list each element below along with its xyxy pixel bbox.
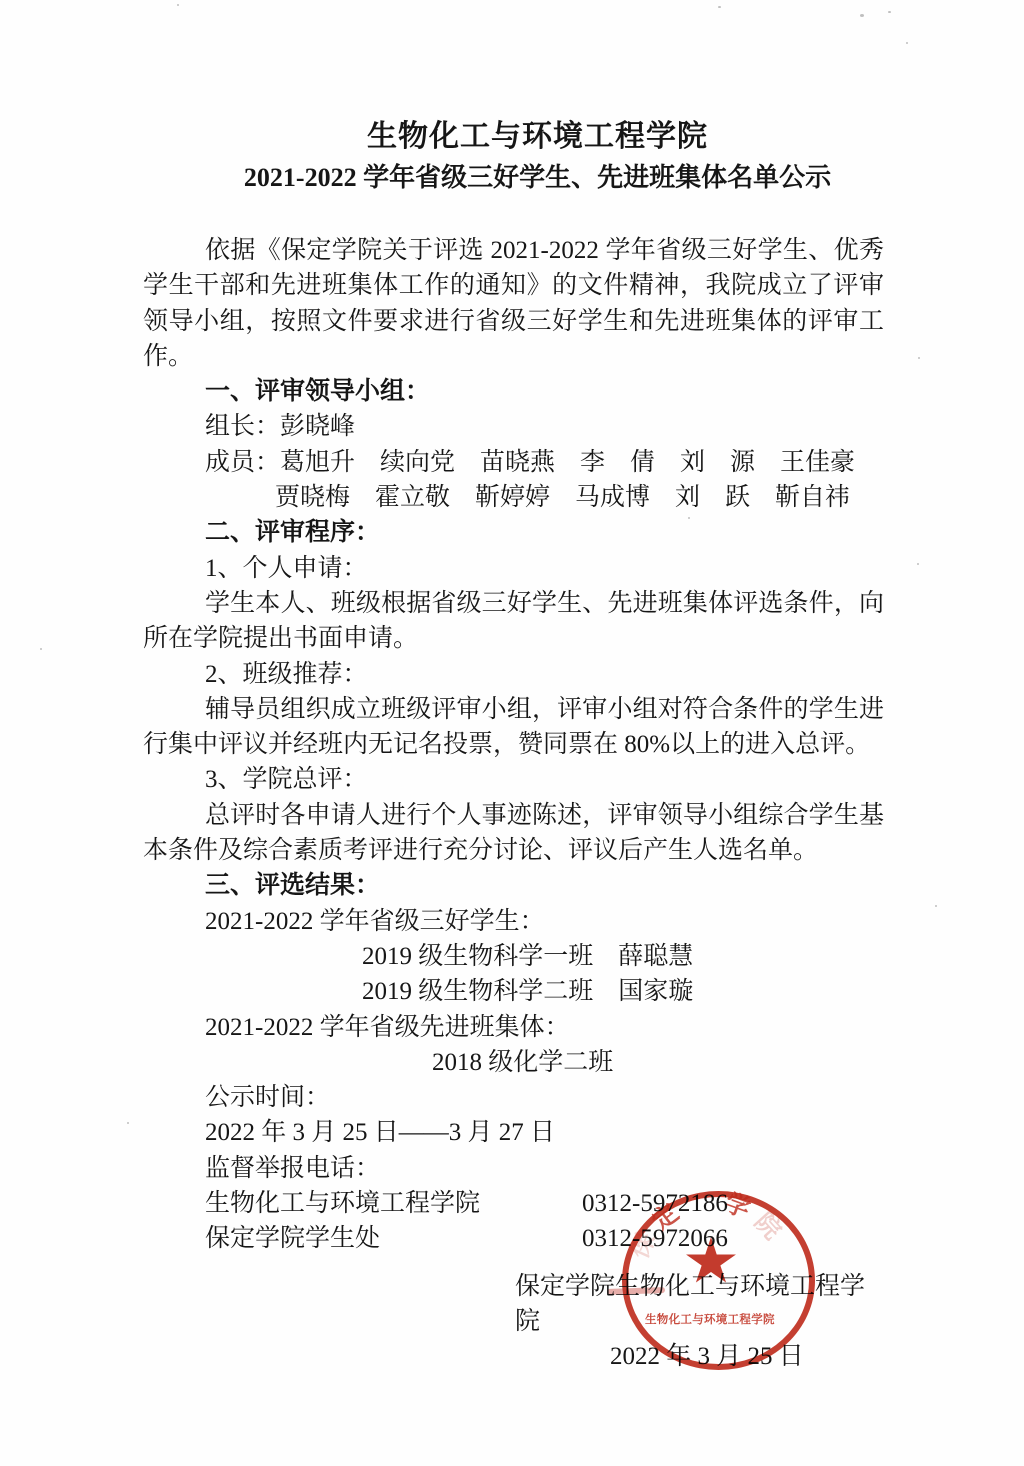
members-line-2: 贾晓梅 霍立敬 靳婷婷 马成博 刘 跃 靳自祎: [143, 480, 884, 515]
publicity-time-label: 公示时间：: [143, 1080, 884, 1115]
section3-heading: 三、评选结果：: [143, 868, 884, 903]
step2-title: 2、班级推荐：: [143, 657, 884, 692]
scan-speck: [888, 11, 891, 13]
scan-speck: [177, 4, 179, 6]
sanhao-item: 2019 级生物科学二班 国家璇: [143, 974, 884, 1009]
scan-speck: [795, 489, 798, 491]
advanced-label: 2021-2022 学年省级先进班集体：: [143, 1010, 884, 1045]
hotline-row: 生物化工与环境工程学院 0312-5972186: [143, 1186, 884, 1221]
hotline-heading: 监督举报电话：: [143, 1151, 884, 1186]
members-line-1: 成员：葛旭升 续向党 苗晓燕 李 倩 刘 源 王佳豪: [143, 445, 884, 480]
scan-speck: [935, 905, 937, 907]
scan-speck: [860, 14, 864, 17]
hotline-label: 保定学院学生处: [205, 1225, 380, 1252]
scan-speck: [127, 1122, 129, 1124]
scan-speck: [40, 648, 42, 650]
hotline-number: 0312-5972066: [582, 1221, 728, 1256]
section1-heading: 一、评审领导小组：: [143, 374, 884, 409]
signature-name: 保定学院生物化工与环境工程学院: [143, 1269, 884, 1340]
scan-speck: [918, 357, 920, 359]
step3-body: 总评时各申请人进行个人事迹陈述，评审领导小组综合学生基本条件及综合素质考评进行充…: [143, 798, 884, 869]
step3-title: 3、学院总评：: [143, 762, 884, 797]
signature-date: 2022 年 3 月 25 日: [143, 1339, 884, 1374]
section2-heading: 二、评审程序：: [143, 515, 884, 550]
advanced-item: 2018 级化学二班: [143, 1045, 884, 1080]
hotline-label: 生物化工与环境工程学院: [205, 1190, 480, 1217]
step1-body: 学生本人、班级根据省级三好学生、先进班集体评选条件，向所在学院提出书面申请。: [143, 586, 884, 657]
document-subtitle: 2021-2022 学年省级三好学生、先进班集体名单公示: [167, 157, 908, 199]
publicity-time-value: 2022 年 3 月 25 日——3 月 27 日: [143, 1115, 884, 1150]
scan-speck: [906, 42, 908, 44]
scan-speck: [718, 6, 721, 8]
document-title-block: 生物化工与环境工程学院 2021-2022 学年省级三好学生、先进班集体名单公示: [167, 117, 908, 199]
intro-paragraph: 依据《保定学院关于评选 2021-2022 学年省级三好学生、优秀学生干部和先进…: [143, 233, 884, 374]
scan-speck: [688, 517, 690, 519]
step2-body: 辅导员组织成立班级评审小组，评审小组对符合条件的学生进行集中评议并经班内无记名投…: [143, 692, 884, 763]
scan-speck: [917, 563, 919, 565]
sanhao-label: 2021-2022 学年省级三好学生：: [143, 904, 884, 939]
step1-title: 1、个人申请：: [143, 551, 884, 586]
leader-line: 组长：彭晓峰: [143, 409, 884, 444]
document-content: 生物化工与环境工程学院 2021-2022 学年省级三好学生、先进班集体名单公示…: [0, 0, 1024, 1375]
hotline-row: 保定学院学生处 0312-5972066: [143, 1221, 884, 1256]
sanhao-item: 2019 级生物科学一班 薛聪慧: [143, 939, 884, 974]
document-title: 生物化工与环境工程学院: [167, 117, 908, 157]
hotline-number: 0312-5972186: [582, 1186, 728, 1221]
document-page: 生物化工与环境工程学院 2021-2022 学年省级三好学生、先进班集体名单公示…: [0, 0, 1024, 1466]
